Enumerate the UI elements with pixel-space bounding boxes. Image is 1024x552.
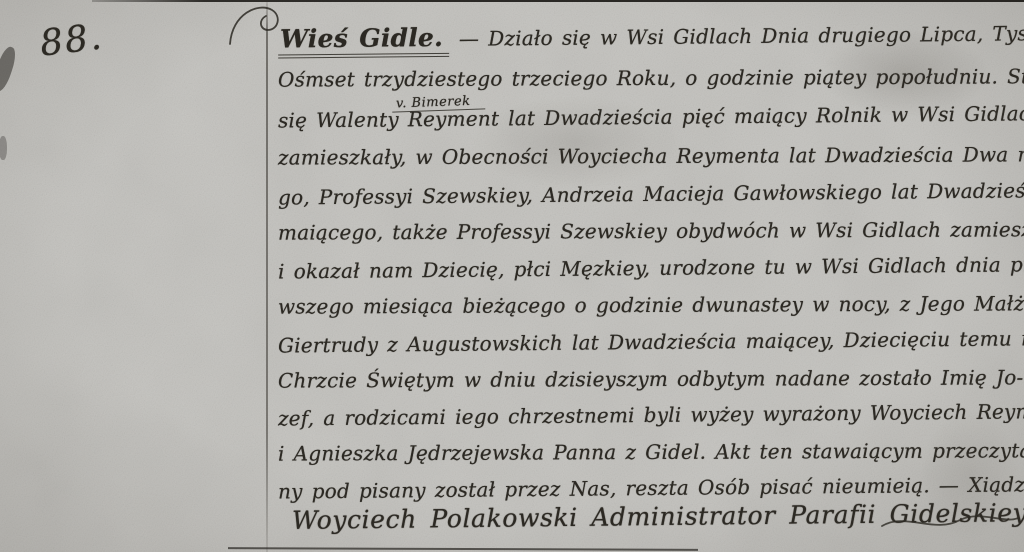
record-text-line: go, Professyi Szewskiey, Andrzeia Maciej… [278, 176, 1014, 213]
record-place-heading: Wieś Gidle. [278, 23, 449, 59]
record-text: — Działo się w Wsi Gidlach Dnia drugiego… [459, 21, 1024, 51]
page-top-edge-line [92, 0, 1024, 2]
record-text-line: się Walenty Reyment lat Dwadzieścia pięć… [278, 99, 1014, 136]
scan-edge-mark [0, 136, 7, 160]
record-text-line: zef, a rodzicami iego chrzestnemi byli w… [278, 397, 1014, 434]
page-bottom-edge-line [228, 547, 698, 551]
record-text-line: maiącego, także Professyi Szewskiey obyd… [278, 215, 1014, 248]
scan-edge-mark [0, 45, 19, 93]
record-text-line: zamieszkały, w Obecności Woyciecha Reyme… [278, 140, 1014, 173]
record-text-line: i okazał nam Dziecię, płci Męzkiey, urod… [278, 250, 1014, 287]
scanned-record-page: 88. Wieś Gidle.— Działo się w Wsi Gidlac… [0, 0, 1024, 552]
record-number: 88. [38, 16, 106, 64]
pen-flourish-icon [224, 2, 286, 46]
record-text-line: Giertrudy z Augustowskich lat Dwadzieści… [278, 324, 1014, 361]
record-text-line: i Agnieszka Jędrzejewska Panna z Gidel. … [278, 436, 1014, 469]
marginal-note: v. Bimerek [392, 93, 485, 112]
record-text-line: Ośmset trzydziestego trzeciego Roku, o g… [278, 62, 1014, 95]
record-text-line: Wieś Gidle.— Działo się w Wsi Gidlach Dn… [278, 18, 1014, 55]
record-text-line: Chrzcie Świętym w dniu dzisieyszym odbyt… [278, 363, 1014, 396]
record-text-line: wszego miesiąca bieżącego o godzinie dwu… [278, 289, 1014, 322]
margin-rule-line [266, 0, 268, 552]
